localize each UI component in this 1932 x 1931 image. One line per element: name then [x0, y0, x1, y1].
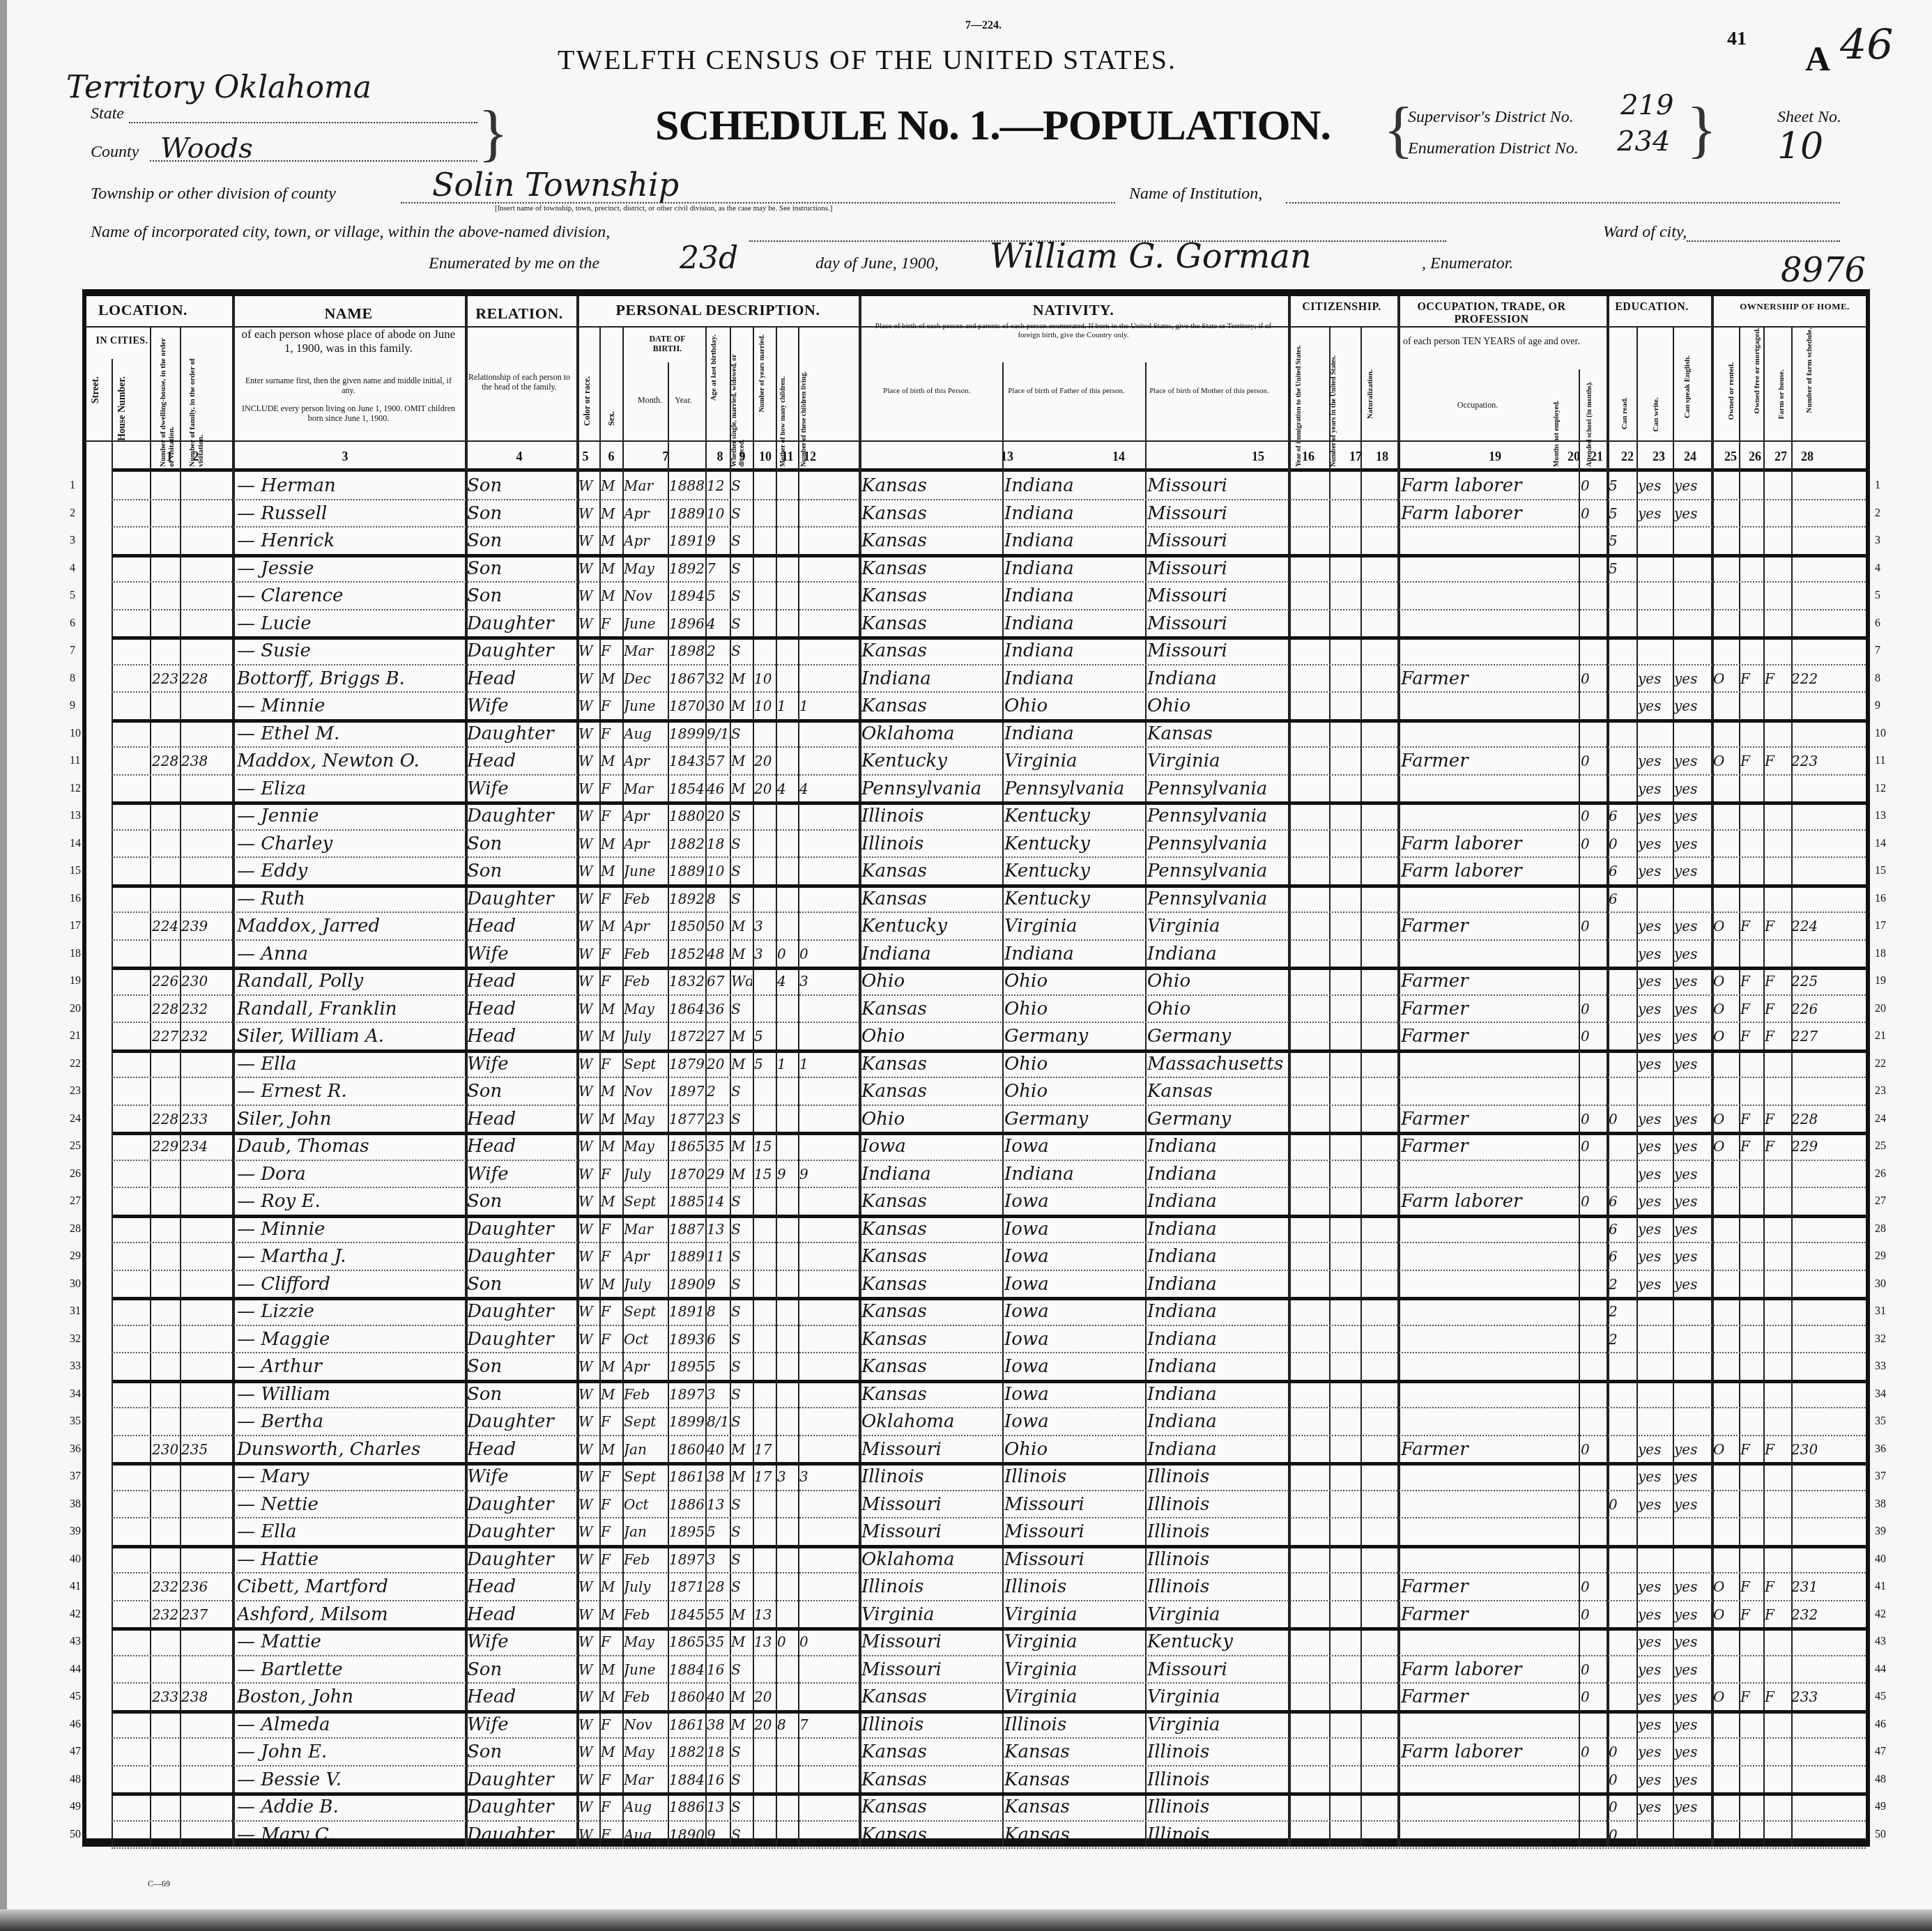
line-number-right: 10 [1875, 728, 1886, 740]
cell-mother-of: 4 [777, 776, 798, 802]
cell-read: yes [1638, 1574, 1671, 1600]
cell-living: 1 [799, 1051, 820, 1077]
cell-marital: S [731, 1106, 752, 1132]
cell-birth: Kansas [861, 1051, 1001, 1077]
cell-month: Sept [624, 1408, 667, 1435]
cell-age: 38 [707, 1463, 730, 1490]
occupation-desc: of each person TEN YEARS of age and over… [1401, 337, 1582, 348]
cell-month: Oct [624, 1491, 667, 1518]
cell-owned: O [1713, 913, 1738, 939]
cell-relation: Head [467, 748, 575, 774]
table-row: 4242232237Ashford, MilsomHeadWMFeb184555… [0, 1600, 1932, 1628]
cell-family: 236 [181, 1574, 230, 1600]
cell-unemployed: 0 [1581, 1656, 1605, 1683]
table-row: 22— RussellSonWMApr188910SKansasIndianaM… [0, 499, 1932, 527]
cell-father: Ohio [1004, 693, 1144, 719]
cell-birth: Ohio [861, 1106, 1001, 1132]
cell-month: Jan [624, 1436, 667, 1463]
cell-owned: O [1713, 996, 1738, 1022]
col-num-2: 2 [185, 449, 206, 464]
cell-month: May [624, 1629, 667, 1655]
cell-age: 10 [707, 858, 730, 884]
line-number: 39 [70, 1525, 81, 1538]
cell-unemployed: 0 [1581, 1601, 1605, 1628]
cell-year: 1884 [669, 1656, 704, 1683]
cell-years-married: 3 [754, 941, 775, 967]
cell-father: Iowa [1004, 1243, 1144, 1270]
cell-family: 234 [181, 1133, 230, 1160]
cell-occupation: Farmer [1401, 1133, 1575, 1160]
children-living-header: Number of these children living. [800, 334, 808, 467]
cell-year: 1877 [669, 1106, 704, 1132]
owned-free-header: Owned free or mortgaged. [1753, 328, 1761, 414]
cell-age: 16 [707, 1656, 730, 1683]
cell-sex: F [601, 968, 622, 994]
cell-marital: S [731, 1326, 752, 1353]
line-number: 30 [70, 1278, 81, 1291]
cell-month: Aug [624, 721, 667, 747]
cell-unemployed: 0 [1581, 1684, 1605, 1710]
cell-age: 7 [707, 555, 730, 582]
cell-mother: Missouri [1147, 1656, 1287, 1683]
cell-month: May [624, 1739, 667, 1765]
street-header: Street. [91, 376, 102, 403]
cell-father: Indiana [1004, 610, 1144, 637]
line-number: 5 [70, 590, 75, 602]
table-row: 4040— HattieDaughterWFFeb18973SOklahomaM… [0, 1545, 1932, 1573]
cell-birth: Kansas [861, 1767, 1001, 1793]
cell-year: 1894 [669, 583, 704, 609]
cell-marital: M [731, 1051, 752, 1077]
form-number: 7—224. [965, 20, 1002, 32]
line-number-right: 43 [1875, 1636, 1886, 1648]
township-line [401, 202, 1115, 203]
cell-color: W [578, 748, 599, 774]
cell-month: Nov [624, 1711, 667, 1738]
cell-month: Nov [624, 583, 667, 609]
cell-age: 8 [707, 1298, 730, 1325]
cell-school: 0 [1609, 831, 1635, 857]
cell-school: 6 [1609, 886, 1635, 912]
table-row: 1212— ElizaWifeWFMar185446M2044Pennsylva… [0, 774, 1932, 802]
cell-birth: Kansas [861, 1298, 1001, 1325]
cell-age: 3 [707, 1381, 730, 1408]
table-row: 2929— Martha J.DaughterWFApr188911SKansa… [0, 1242, 1932, 1270]
cell-mother: Indiana [1147, 941, 1287, 967]
line-number-right: 6 [1875, 617, 1880, 630]
cell-name: — Mary [237, 1463, 463, 1490]
cell-name: — Mattie [237, 1629, 463, 1655]
table-row: 2222— EllaWifeWFSept187920M511KansasOhio… [0, 1049, 1932, 1077]
naturalization-header: Naturalization. [1366, 369, 1374, 419]
cell-occupation: Farm laborer [1401, 1656, 1575, 1683]
col-num-26: 26 [1745, 449, 1765, 464]
cell-sex: M [601, 913, 622, 939]
cell-month: Apr [624, 528, 667, 554]
cell-father: Pennsylvania [1004, 776, 1144, 802]
cell-color: W [578, 721, 599, 747]
cell-month: Mar [624, 1216, 667, 1243]
cell-mother: Germany [1147, 1023, 1287, 1049]
cell-age: 9 [707, 528, 730, 554]
line-number: 37 [70, 1470, 81, 1483]
cell-occupation: Farm laborer [1401, 831, 1575, 857]
cell-year: 1870 [669, 1161, 704, 1187]
enumerator-label: , Enumerator. [1422, 254, 1513, 273]
table-row: 11— HermanSonWMMar188812SKansasIndianaMi… [0, 471, 1932, 499]
cell-month: Mar [624, 1767, 667, 1793]
cell-color: W [578, 858, 599, 884]
line-number-right: 20 [1875, 1003, 1886, 1015]
cell-school: 0 [1609, 1767, 1635, 1793]
cell-birth: Indiana [861, 1161, 1001, 1187]
cell-occupation: Farmer [1401, 1436, 1575, 1463]
can-read-header: Can read. [1620, 397, 1629, 429]
cell-occupation: Farmer [1401, 1684, 1575, 1710]
cell-birth: Oklahoma [861, 1546, 1001, 1573]
line-number: 27 [70, 1195, 81, 1208]
cell-schedule: 229 [1791, 1133, 1840, 1160]
cell-month: May [624, 1106, 667, 1132]
film-number: 8976 [1781, 251, 1866, 290]
cell-owned: O [1713, 1574, 1738, 1600]
cell-relation: Son [467, 472, 575, 499]
cell-color: W [578, 1629, 599, 1655]
line-number: 10 [70, 728, 81, 740]
cell-mother: Missouri [1147, 638, 1287, 664]
cell-free: F [1740, 666, 1763, 692]
cell-mother: Pennsylvania [1147, 776, 1287, 802]
can-write-header: Can write. [1652, 397, 1660, 432]
cell-color: W [578, 968, 599, 994]
cell-farm: F [1765, 1574, 1790, 1600]
cell-name: — Almeda [237, 1711, 463, 1738]
cell-read: yes [1638, 1767, 1671, 1793]
cell-sex: F [601, 1463, 622, 1490]
line-number: 25 [70, 1140, 81, 1153]
cell-read: yes [1638, 1739, 1671, 1765]
cell-name: — Ethel M. [237, 721, 463, 747]
table-row: 2121227232Siler, William A.HeadWMJuly187… [0, 1022, 1932, 1049]
census-title: TWELFTH CENSUS OF THE UNITED STATES. [558, 43, 1176, 76]
cell-marital: S [731, 1216, 752, 1243]
cell-mother: Massachusetts [1147, 1051, 1287, 1077]
farm-schedule-header: Number of farm schedule. [1805, 328, 1814, 413]
line-number-right: 13 [1875, 810, 1886, 822]
cell-name: — Martha J. [237, 1243, 463, 1270]
cell-living: 0 [799, 941, 820, 967]
cell-mother: Illinois [1147, 1739, 1287, 1765]
line-number: 24 [70, 1113, 81, 1125]
table-row: 2727— Roy E.SonWMSept188514SKansasIowaIn… [0, 1187, 1932, 1215]
cell-owned: O [1713, 1133, 1738, 1160]
line-number: 22 [70, 1058, 81, 1070]
col-num-24: 24 [1680, 449, 1701, 464]
line-number: 49 [70, 1801, 81, 1813]
cell-year: 1872 [669, 1023, 704, 1049]
enumerated-suffix: day of June, 1900, [815, 254, 939, 273]
cell-age: 16 [707, 1767, 730, 1793]
sex-header: Sex. [606, 411, 617, 426]
cell-birth: Kansas [861, 1794, 1001, 1820]
cell-read: yes [1638, 1436, 1671, 1463]
cell-marital: S [731, 500, 752, 527]
cell-mother: Virginia [1147, 1711, 1287, 1738]
cell-write: yes [1674, 693, 1709, 719]
cell-mother-of: 3 [777, 1463, 798, 1490]
cell-sex: M [601, 1188, 622, 1215]
cell-father: Kentucky [1004, 858, 1144, 884]
cell-year: 1884 [669, 1767, 704, 1793]
cell-years-married: 10 [754, 693, 775, 719]
cell-relation: Head [467, 1023, 575, 1049]
cell-birth: Missouri [861, 1491, 1001, 1518]
cell-mother: Indiana [1147, 1216, 1287, 1243]
line-number-right: 23 [1875, 1085, 1886, 1098]
cell-write: yes [1674, 1684, 1709, 1710]
cell-age: 40 [707, 1684, 730, 1710]
cell-age: 48 [707, 941, 730, 967]
cell-unemployed: 0 [1581, 913, 1605, 939]
cell-year: 1892 [669, 886, 704, 912]
cell-schedule: 222 [1791, 666, 1840, 692]
cell-read: yes [1638, 1601, 1671, 1628]
cell-month: Apr [624, 803, 667, 829]
cell-month: Apr [624, 831, 667, 857]
cell-schedule: 223 [1791, 748, 1840, 774]
cell-father: Indiana [1004, 721, 1144, 747]
cell-free: F [1740, 1601, 1763, 1628]
cell-birth: Pennsylvania [861, 776, 1001, 802]
cell-month: Feb [624, 1684, 667, 1710]
cell-name: — Minnie [237, 693, 463, 719]
cell-family: 237 [181, 1601, 230, 1628]
enumeration-value: 234 [1617, 125, 1670, 157]
cell-name: — Clarence [237, 583, 463, 609]
cell-month: Sept [624, 1188, 667, 1215]
cell-mother: Indiana [1147, 666, 1287, 692]
col-num-11: 11 [777, 449, 798, 464]
cell-year: 1832 [669, 968, 704, 994]
birth-mother-header: Place of birth of Mother of this person. [1147, 387, 1272, 396]
col-num-6: 6 [601, 449, 622, 464]
farm-house-header: Farm or house. [1777, 369, 1786, 420]
cell-relation: Wife [467, 1463, 575, 1490]
cell-year: 1860 [669, 1684, 704, 1710]
cell-name: — Roy E. [237, 1188, 463, 1215]
line-number-right: 49 [1875, 1801, 1886, 1813]
cell-school: 0 [1609, 1491, 1635, 1518]
cell-birth: Illinois [861, 1574, 1001, 1600]
cell-relation: Daughter [467, 1408, 575, 1435]
table-row: 77— SusieDaughterWFMar18982SKansasIndian… [0, 636, 1932, 664]
cell-age: 13 [707, 1491, 730, 1518]
cell-relation: Daughter [467, 1518, 575, 1545]
cell-farm: F [1765, 1601, 1790, 1628]
cell-father: Indiana [1004, 500, 1144, 527]
cell-year: 1897 [669, 1078, 704, 1105]
cell-write: yes [1674, 1188, 1709, 1215]
line-number-right: 4 [1875, 562, 1880, 575]
cell-mother: Kansas [1147, 721, 1287, 747]
cell-age: 38 [707, 1711, 730, 1738]
cell-name: — Bartlette [237, 1656, 463, 1683]
cell-month: Aug [624, 1794, 667, 1820]
cell-relation: Son [467, 555, 575, 582]
cell-free: F [1740, 748, 1763, 774]
cell-mother-of: 8 [777, 1711, 798, 1738]
institution-line [1286, 202, 1840, 203]
cell-mother: Pennsylvania [1147, 803, 1287, 829]
table-row: 2424228233Siler, JohnHeadWMMay187723SOhi… [0, 1105, 1932, 1132]
cell-color: W [578, 1271, 599, 1298]
cell-family: 228 [181, 666, 230, 692]
cell-father: Ohio [1004, 1051, 1144, 1077]
cell-sex: F [601, 1216, 622, 1243]
cell-relation: Daughter [467, 1794, 575, 1820]
cell-color: W [578, 666, 599, 692]
cell-year: 1895 [669, 1353, 704, 1380]
cell-name: Randall, Franklin [237, 996, 463, 1022]
cell-year: 1843 [669, 748, 704, 774]
table-row: 1818— AnnaWifeWFFeb185248M300IndianaIndi… [0, 939, 1932, 967]
table-row: 1919226230Randall, PollyHeadWFFeb183267W… [0, 967, 1932, 994]
line-number: 32 [70, 1333, 81, 1346]
line-number: 26 [70, 1168, 81, 1180]
cell-month: Sept [624, 1051, 667, 1077]
cell-read: yes [1638, 1271, 1671, 1298]
cell-marital: S [731, 472, 752, 499]
cell-unemployed: 0 [1581, 1574, 1605, 1600]
cell-sex: F [601, 1408, 622, 1435]
cell-farm: F [1765, 1684, 1790, 1710]
cell-owned: O [1713, 968, 1738, 994]
cell-birth: Kentucky [861, 913, 1001, 939]
cell-age: 12 [707, 472, 730, 499]
line-number: 3 [70, 534, 75, 547]
cell-sex: F [601, 1711, 622, 1738]
cell-marital: S [731, 803, 752, 829]
cell-birth: Missouri [861, 1518, 1001, 1545]
line-number-right: 19 [1875, 975, 1886, 987]
cell-marital: S [731, 721, 752, 747]
cell-color: W [578, 1656, 599, 1683]
birth-father-header: Place of birth of Father of this person. [1004, 387, 1129, 396]
cell-year: 1861 [669, 1463, 704, 1490]
cell-mother: Kentucky [1147, 1629, 1287, 1655]
cell-sex: M [601, 996, 622, 1022]
cell-read: yes [1638, 1463, 1671, 1490]
cell-relation: Head [467, 1106, 575, 1132]
cell-age: 67 [707, 968, 730, 994]
line-number: 17 [70, 920, 81, 932]
cell-occupation: Farmer [1401, 1106, 1575, 1132]
cell-write: yes [1674, 1271, 1709, 1298]
cell-year: 1880 [669, 803, 704, 829]
cell-birth: Kansas [861, 472, 1001, 499]
cell-month: Oct [624, 1326, 667, 1353]
personal-header: PERSONAL DESCRIPTION. [578, 301, 857, 319]
line-number-right: 17 [1875, 920, 1886, 932]
cell-years-married: 20 [754, 1684, 775, 1710]
cell-year: 1845 [669, 1601, 704, 1628]
cell-owned: O [1713, 666, 1738, 692]
cell-read: yes [1638, 941, 1671, 967]
cell-relation: Daughter [467, 1243, 575, 1270]
cell-schedule: 231 [1791, 1574, 1840, 1600]
cell-sex: M [601, 555, 622, 582]
cell-marital: M [731, 1629, 752, 1655]
cell-father: Virginia [1004, 1684, 1144, 1710]
cell-color: W [578, 1133, 599, 1160]
cell-year: 1890 [669, 1271, 704, 1298]
cell-father: Kentucky [1004, 803, 1144, 829]
cell-father: Virginia [1004, 748, 1144, 774]
cell-name: — Jessie [237, 555, 463, 582]
cell-mother: Germany [1147, 1106, 1287, 1132]
cell-age: 18 [707, 831, 730, 857]
cell-relation: Head [467, 1436, 575, 1463]
enumerator-name: William G. Gorman [990, 237, 1312, 276]
nativity-header: NATIVITY. [861, 301, 1286, 319]
cell-relation: Wife [467, 693, 575, 719]
cell-sex: M [601, 1271, 622, 1298]
cell-father: Iowa [1004, 1271, 1144, 1298]
cell-school: 5 [1609, 555, 1635, 582]
col-num-27: 27 [1770, 449, 1791, 464]
cell-age: 2 [707, 638, 730, 664]
cell-unemployed: 0 [1581, 1188, 1605, 1215]
cell-owned: O [1713, 1023, 1738, 1049]
cell-father: Indiana [1004, 941, 1144, 967]
table-row: 99— MinnieWifeWFJune187030M1011KansasOhi… [0, 691, 1932, 719]
table-row: 1414— CharleySonWMApr188218SIllinoisKent… [0, 829, 1932, 857]
cell-mother: Virginia [1147, 1684, 1287, 1710]
cell-relation: Son [467, 1078, 575, 1105]
cell-sex: M [601, 858, 622, 884]
cell-father: Iowa [1004, 1216, 1144, 1243]
cell-mother: Indiana [1147, 1133, 1287, 1160]
table-row: 3838— NettieDaughterWFOct188613SMissouri… [0, 1490, 1932, 1518]
cell-school: 0 [1609, 1794, 1635, 1820]
page-handwritten: 46 [1840, 21, 1893, 70]
color-header: Color or race. [582, 376, 592, 426]
cell-years-married: 3 [754, 913, 775, 939]
cell-family: 230 [181, 968, 230, 994]
relation-desc: Relationship of each person to the head … [467, 373, 572, 392]
cell-school: 2 [1609, 1271, 1635, 1298]
line-number: 9 [70, 700, 75, 712]
cell-write: yes [1674, 968, 1709, 994]
cell-father: Illinois [1004, 1463, 1144, 1490]
table-row: 3232— MaggieDaughterWFOct18936SKansasIow… [0, 1325, 1932, 1353]
cell-marital: S [731, 1546, 752, 1573]
table-row: 1515— EddySonWMJune188910SKansasKentucky… [0, 856, 1932, 884]
cell-sex: F [601, 1161, 622, 1187]
cell-dwelling: 228 [152, 996, 180, 1022]
table-row: 66— LucieDaughterWFJune18964SKansasIndia… [0, 609, 1932, 637]
cell-father: Iowa [1004, 1353, 1144, 1380]
cell-sex: F [601, 1491, 622, 1518]
cell-relation: Son [467, 1656, 575, 1683]
cell-name: — Herman [237, 472, 463, 499]
cell-free: F [1740, 1023, 1763, 1049]
cell-father: Kansas [1004, 1767, 1144, 1793]
cell-relation: Head [467, 1574, 575, 1600]
cell-birth: Virginia [861, 1601, 1001, 1628]
township-value: Solin Township [432, 166, 679, 203]
line-number: 15 [70, 865, 81, 877]
